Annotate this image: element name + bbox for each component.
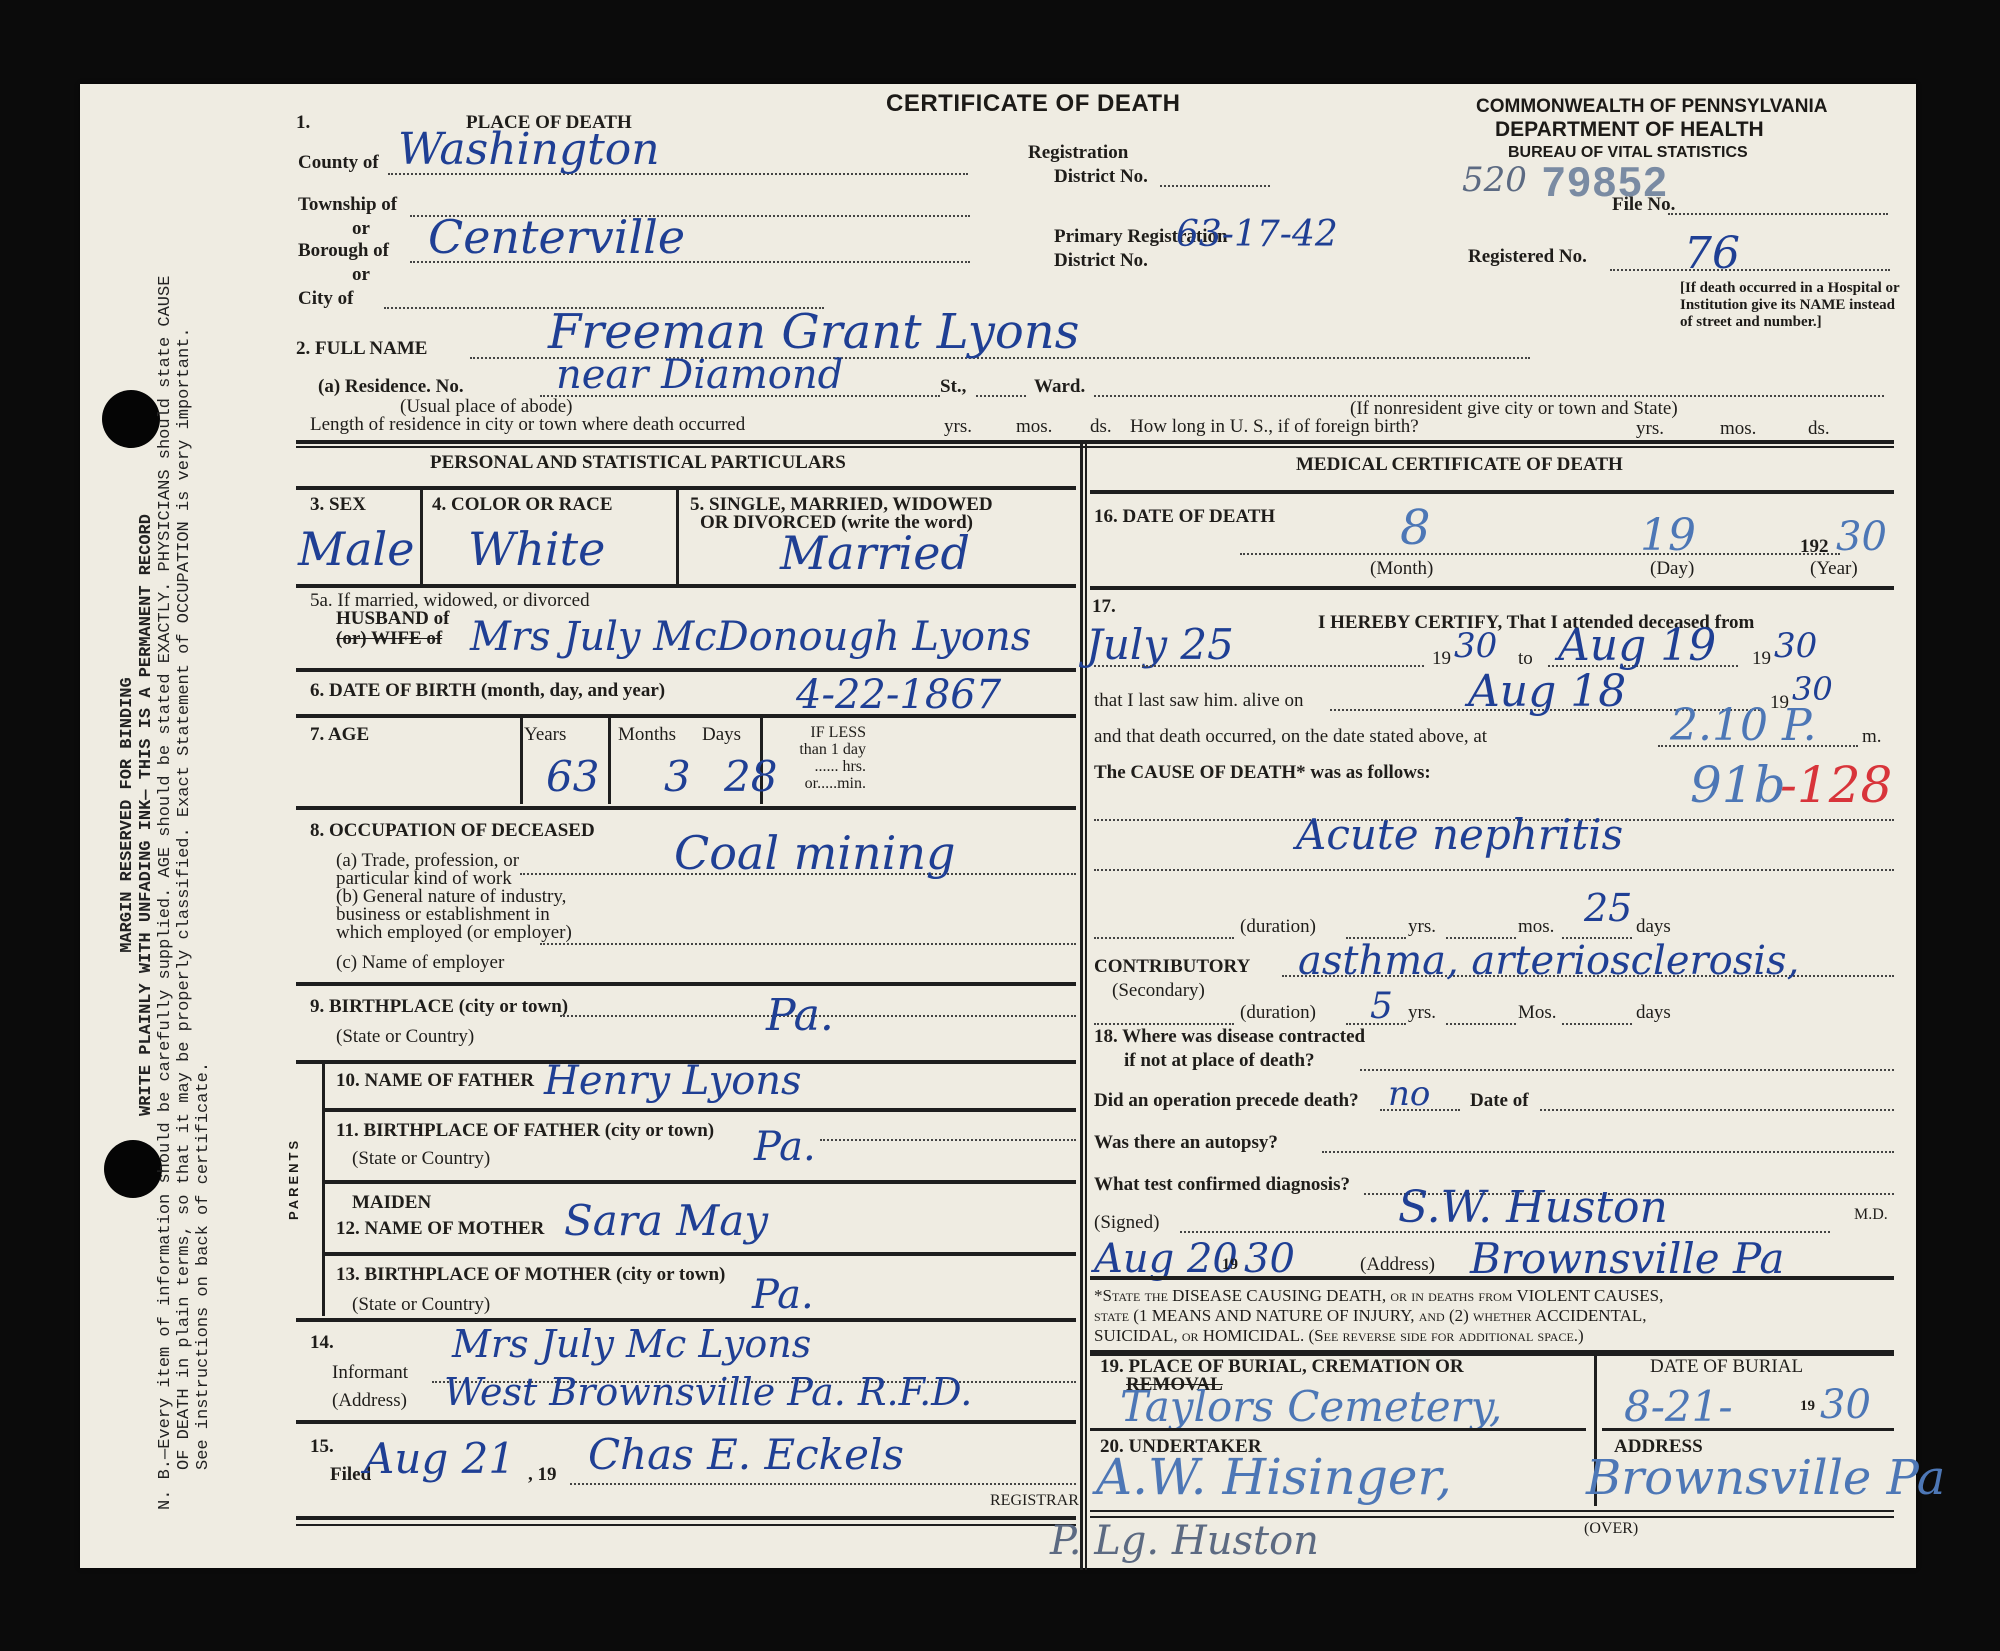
date-of-burial-value[interactable]: 8-21- [1624, 1382, 1733, 1431]
sex-race-divider [420, 490, 423, 584]
divider-burial-right [1602, 1428, 1894, 1431]
occupation-b-field[interactable] [540, 942, 1076, 945]
over-label: (OVER) [1584, 1520, 1638, 1538]
divider-dob [296, 714, 1076, 718]
autopsy-field[interactable] [1322, 1150, 1894, 1153]
day-caption: (Day) [1650, 558, 1694, 580]
residence-value[interactable]: near Diamond [556, 352, 843, 398]
father-name-label: 10. NAME OF FATHER [336, 1070, 534, 1092]
birthplace-state-label: (State or Country) [336, 1026, 474, 1048]
dob-value[interactable]: 4-22-1867 [796, 672, 1001, 718]
ward-field[interactable] [1094, 394, 1884, 397]
physician-signature[interactable]: S.W. Huston [1398, 1182, 1668, 1233]
birthplace-label: 9. BIRTHPLACE (city or town) [310, 996, 568, 1018]
primary-district-no-value[interactable]: 63-17-42 [1176, 214, 1338, 255]
if-less-line2: than 1 day [772, 741, 866, 758]
operation-value[interactable]: no [1388, 1074, 1430, 1114]
signed-year-prefix: 19 [1222, 1256, 1238, 1274]
divider-mother [324, 1252, 1076, 1256]
spouse-label-line2: HUSBAND of [336, 608, 449, 630]
registered-no-field [1610, 268, 1890, 271]
personal-heading: PERSONAL AND STATISTICAL PARTICULARS [430, 452, 846, 474]
margin-line-1: MARGIN RESERVED FOR BINDING [118, 100, 137, 1530]
divider-personal [296, 486, 1076, 490]
registration-label: Registration [1028, 142, 1128, 164]
cause-of-death-value[interactable]: Acute nephritis [1296, 810, 1623, 859]
parents-label: PARENTS [286, 1138, 301, 1220]
occupation-value[interactable]: Coal mining [674, 826, 955, 880]
street-field[interactable] [976, 394, 1026, 397]
contrib-days-label: days [1636, 1002, 1671, 1024]
last-saw-value[interactable]: Aug 18 [1468, 666, 1626, 717]
divider-burial-left [1090, 1428, 1586, 1431]
cause-of-death-label: The CAUSE OF DEATH* was as follows: [1094, 762, 1431, 784]
divider-medical [1090, 490, 1894, 494]
residence-ds-label: ds. [1090, 416, 1112, 438]
length-of-residence-label: Length of residence in city or town wher… [310, 414, 745, 436]
age-years-value[interactable]: 63 [546, 752, 599, 801]
contrib-yrs-label: yrs. [1408, 1002, 1436, 1024]
department-name: DEPARTMENT OF HEALTH [1495, 118, 1764, 142]
dob-label: 6. DATE OF BIRTH (month, day, and year) [310, 680, 665, 702]
cause-duration-days-value[interactable]: 25 [1584, 886, 1632, 930]
sex-value[interactable]: Male [298, 522, 414, 576]
occ-b-line3: which employed (or employer) [336, 924, 572, 942]
test-confirmed-label: What test confirmed diagnosis? [1094, 1174, 1350, 1196]
cause-line-2[interactable] [1094, 868, 1894, 871]
race-value[interactable]: White [468, 522, 605, 576]
footnote-line2: state (1 MEANS AND NATURE OF INJURY, and… [1094, 1306, 1663, 1326]
street-label: St., [940, 376, 966, 398]
us-mos-label: mos. [1720, 418, 1756, 440]
ward-label: Ward. [1034, 376, 1085, 398]
cause-footnote: *State the DISEASE CAUSING DEATH, or in … [1094, 1286, 1663, 1346]
contrib-duration-yrs-field [1346, 1022, 1406, 1025]
cause-mos-label: mos. [1518, 916, 1554, 938]
footnote-line3: SUICIDAL, or HOMICIDAL. (See reverse sid… [1094, 1326, 1663, 1346]
how-long-us-label: How long in U. S., if of foreign birth? [1130, 416, 1419, 438]
age-label: 7. AGE [310, 724, 369, 746]
registrar-signature[interactable]: Chas E. Eckels [588, 1430, 904, 1479]
cause-yrs-label: yrs. [1408, 916, 1436, 938]
margin-line-2: WRITE PLAINLY WITH UNFADING INK— THIS IS… [137, 100, 156, 1530]
marital-value[interactable]: Married [780, 526, 970, 580]
registered-no-value[interactable]: 76 [1684, 228, 1740, 279]
informant-label: Informant [332, 1362, 408, 1384]
age-years-label: Years [524, 724, 566, 746]
date-of-death-label: 16. DATE OF DEATH [1094, 506, 1275, 528]
informant-address-value[interactable]: West Brownsville Pa. R.F.D. [444, 1370, 972, 1414]
cause-duration-pre [1094, 936, 1234, 939]
city-label: City of [298, 288, 353, 310]
death-year-prefix: 192 [1800, 536, 1829, 558]
filed-number: 15. [310, 1436, 334, 1458]
physician-address-label: (Address) [1360, 1254, 1435, 1276]
bottom-handwritten-note: P. Lg. Huston [1050, 1518, 1319, 1564]
contrib-duration-yrs-value[interactable]: 5 [1370, 986, 1393, 1027]
father-name-value[interactable]: Henry Lyons [544, 1058, 802, 1104]
divider-father [324, 1108, 1076, 1112]
date-of-burial-label: DATE OF BURIAL [1650, 1356, 1803, 1378]
birthplace-value[interactable]: Pa. [766, 990, 834, 1041]
age-months-value[interactable]: 3 [664, 752, 691, 801]
death-day-value[interactable]: 19 [1640, 510, 1696, 561]
parents-divider [322, 1064, 325, 1316]
or-label-2: or [352, 264, 370, 286]
maiden-label: MAIDEN [352, 1192, 431, 1214]
attended-to-year[interactable]: 30 [1774, 626, 1817, 666]
primary-district-no-label: District No. [1054, 250, 1148, 272]
attended-to-year-prefix: 19 [1752, 648, 1771, 670]
section-17-number: 17. [1092, 596, 1116, 618]
death-time-m-label: m. [1862, 726, 1882, 748]
margin-line-3: N. B.—Every item of information should b… [156, 100, 175, 1530]
operation-date-field[interactable] [1540, 1108, 1894, 1111]
attended-from-value[interactable]: July 25 [1086, 620, 1234, 669]
full-name-label: 2. FULL NAME [296, 338, 427, 360]
section-1-number: 1. [296, 112, 310, 134]
burial-year-prefix: 19 [1800, 1398, 1815, 1415]
contrib-days-field[interactable] [1562, 1022, 1632, 1025]
age-years-divider [520, 718, 523, 804]
informant-address-label: (Address) [332, 1390, 407, 1412]
contrib-mos-field[interactable] [1446, 1022, 1516, 1025]
burial-place-value[interactable]: Taylors Cemetery, [1120, 1382, 1502, 1431]
residence-label: (a) Residence. No. [318, 376, 464, 398]
last-saw-label: that I last saw him. alive on [1094, 690, 1303, 712]
occupation-label: 8. OCCUPATION OF DECEASED [310, 820, 595, 842]
district-no-label: District No. [1054, 166, 1148, 188]
operation-date-label: Date of [1470, 1090, 1529, 1112]
attended-to-value[interactable]: Aug 19 [1558, 620, 1716, 671]
date-of-death-field [1240, 552, 1840, 555]
race-marital-divider [676, 490, 679, 584]
us-ds-label: ds. [1808, 418, 1830, 440]
disease-contracted-label-2: if not at place of death? [1124, 1050, 1315, 1072]
year-caption: (Year) [1810, 558, 1858, 580]
spouse-value[interactable]: Mrs July McDonough Lyons [470, 614, 1031, 660]
divider-marital [296, 584, 1076, 588]
agency-name: COMMONWEALTH OF PENNSYLVANIA [1476, 96, 1827, 118]
column-divider [1080, 440, 1083, 1570]
death-year-value[interactable]: 30 [1836, 514, 1887, 560]
operation-label: Did an operation precede death? [1094, 1090, 1359, 1112]
contrib-duration-label: (duration) [1240, 1002, 1316, 1024]
death-time-value[interactable]: 2.10 P. [1670, 700, 1817, 751]
attended-from-year[interactable]: 30 [1454, 626, 1497, 666]
race-label: 4. COLOR OR RACE [432, 494, 613, 516]
father-birthplace-label: 11. BIRTHPLACE OF FATHER (city or town) [336, 1120, 714, 1142]
divider-informant [296, 1420, 1076, 1424]
divider-header [296, 440, 1894, 444]
undertaker-address-value[interactable]: Brownsville Pa [1586, 1450, 1945, 1506]
filed-date-value[interactable]: Aug 21 [364, 1434, 515, 1483]
divider-filed [296, 1516, 1076, 1520]
medical-heading: MEDICAL CERTIFICATE OF DEATH [1296, 454, 1623, 476]
disease-contracted-label: 18. Where was disease contracted [1094, 1026, 1365, 1048]
month-caption: (Month) [1370, 558, 1433, 580]
death-month-value[interactable]: 8 [1400, 500, 1431, 556]
attended-from-field [1094, 664, 1424, 667]
residence-mos-label: mos. [1016, 416, 1052, 438]
age-months-label: Months [618, 724, 676, 746]
registrar-label: REGISTRAR [990, 1492, 1079, 1510]
divider-undertaker [1090, 1510, 1894, 1512]
hospital-note: [If death occurred in a Hospital or Inst… [1680, 280, 1900, 331]
sex-label: 3. SEX [310, 494, 366, 516]
form-title: CERTIFICATE OF DEATH [886, 90, 1180, 118]
county-value[interactable]: Washington [398, 124, 660, 175]
father-state-label: (State or Country) [352, 1148, 490, 1170]
divider-date-of-death [1090, 586, 1894, 590]
township-label: Township of [298, 194, 397, 216]
autopsy-label: Was there an autopsy? [1094, 1132, 1278, 1154]
md-label: M.D. [1854, 1206, 1888, 1224]
father-birthplace-field [820, 1138, 1076, 1141]
spouse-label-line3: (or) WIFE of [336, 628, 442, 650]
undertaker-value[interactable]: A.W. Hisinger, [1096, 1448, 1452, 1506]
mother-name-label: 12. NAME OF MOTHER [336, 1218, 544, 1240]
divider-occupation [296, 982, 1076, 986]
employer-label: (c) Name of employer [336, 952, 504, 974]
file-no-handwritten: 520 [1462, 160, 1527, 200]
registered-no-label: Registered No. [1468, 246, 1587, 268]
divider-filed-2 [296, 1524, 1076, 1526]
file-no-field[interactable] [1668, 212, 1888, 215]
us-yrs-label: yrs. [1636, 418, 1664, 440]
cause-days-label: days [1636, 916, 1671, 938]
signed-label: (Signed) [1094, 1212, 1159, 1234]
mother-birthplace-label: 13. BIRTHPLACE OF MOTHER (city or town) [336, 1264, 725, 1286]
contrib-mos-label: Mos. [1518, 1002, 1557, 1024]
borough-label: Borough of [298, 240, 389, 262]
father-birthplace-value[interactable]: Pa. [754, 1124, 816, 1170]
contributory-label: CONTRIBUTORY [1094, 956, 1250, 978]
informant-value[interactable]: Mrs July Mc Lyons [452, 1322, 811, 1366]
binding-margin-instructions: MARGIN RESERVED FOR BINDING WRITE PLAINL… [118, 100, 298, 1530]
mother-state-label: (State or Country) [352, 1294, 490, 1316]
margin-line-5: See instructions on back of certificate. [194, 100, 213, 1530]
cause-duration-label: (duration) [1240, 916, 1316, 938]
margin-line-4: OF DEATH in plain terms, so that it may … [175, 100, 194, 1530]
if-less-hrs[interactable]: ...... hrs. [772, 758, 866, 775]
burial-year-value[interactable]: 30 [1820, 1382, 1871, 1428]
divider-age [296, 806, 1076, 810]
informant-number: 14. [310, 1332, 334, 1354]
column-divider-2 [1085, 440, 1087, 1570]
age-months-divider [608, 718, 611, 804]
death-time-label: and that death occurred, on the date sta… [1094, 726, 1487, 748]
filed-year-prefix: , 19 [528, 1464, 557, 1486]
contributory-value[interactable]: asthma, arteriosclerosis, [1298, 938, 1799, 984]
registrar-field [570, 1482, 1076, 1485]
mother-name-value[interactable]: Sara May [564, 1196, 768, 1245]
if-less-min[interactable]: or.....min. [772, 775, 866, 792]
divider-father-birthplace [324, 1180, 1076, 1184]
district-no-field[interactable] [1160, 184, 1270, 187]
divider-signed [1090, 1276, 1894, 1280]
classification-code-blue: 91b [1690, 756, 1786, 814]
age-days-label: Days [702, 724, 741, 746]
secondary-label: (Secondary) [1112, 980, 1205, 1002]
contrib-duration-pre [1094, 1022, 1234, 1025]
residence-yrs-label: yrs. [944, 416, 972, 438]
or-label-1: or [352, 218, 370, 240]
age-days-value[interactable]: 28 [724, 752, 777, 801]
if-less-note: IF LESS than 1 day ...... hrs. or.....mi… [772, 724, 866, 792]
if-less-line1: IF LESS [772, 724, 866, 741]
attended-from-year-prefix: 19 [1432, 648, 1451, 670]
borough-value[interactable]: Centerville [428, 210, 685, 264]
occupation-a-label: (a) Trade, profession, or particular kin… [336, 852, 572, 942]
file-no-label: File No. [1612, 194, 1675, 216]
mother-birthplace-value[interactable]: Pa. [752, 1272, 814, 1318]
county-label: County of [298, 152, 379, 174]
divider-header-2 [296, 446, 1894, 448]
disease-contracted-field[interactable] [1360, 1068, 1894, 1071]
classification-code-red: -128 [1780, 756, 1892, 814]
footnote-line1: *State the DISEASE CAUSING DEATH, or in … [1094, 1286, 1663, 1306]
